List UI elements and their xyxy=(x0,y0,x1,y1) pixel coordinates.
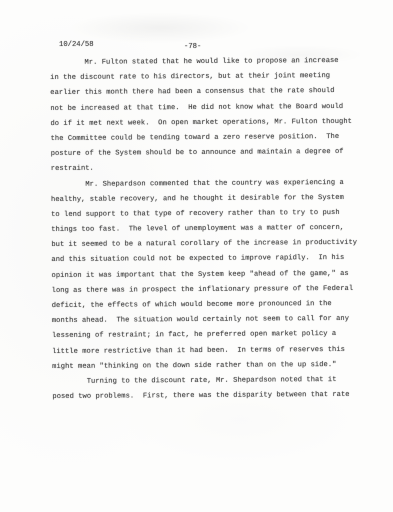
text-line: Mr. Shepardson commented that the countr… xyxy=(51,175,357,192)
page-number: -78- xyxy=(184,43,201,51)
document-body: Mr. Fulton stated that he would like to … xyxy=(50,54,358,405)
text-line: posed two problems. First, there was the… xyxy=(52,388,358,405)
document-page: 10/24/58 -78- Mr. Fulton stated that he … xyxy=(0,0,393,512)
text-line: and this situation could not be expected… xyxy=(51,251,357,268)
text-line: posture of the System should be to annou… xyxy=(51,145,357,162)
page-header: 10/24/58 -78- xyxy=(0,41,393,53)
document-date: 10/24/58 xyxy=(59,41,94,49)
text-line: earlier this month there had been a cons… xyxy=(50,84,356,101)
text-line: lessening of restraint; in fact, he pref… xyxy=(52,327,358,344)
text-line: not be increased at that time. He did no… xyxy=(50,99,356,116)
text-line: little more restrictive than it had been… xyxy=(52,342,358,359)
